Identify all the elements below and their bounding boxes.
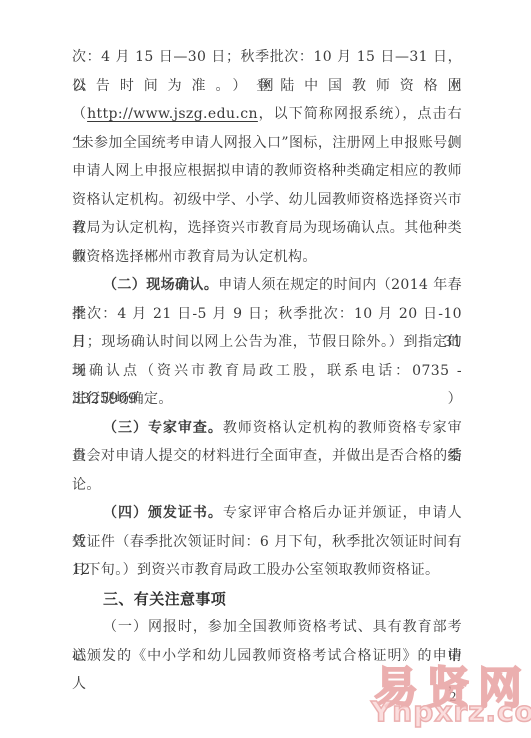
document-body: 次：4 月 15 日—30 日；秋季批次：10 月 15 日—31 日，以网上公… bbox=[72, 43, 462, 670]
section-heading: 三、有关注意事项 bbox=[72, 585, 462, 614]
document-line: （四）颁发证书。专家评审合格后办证并颁证，申请人凭有 bbox=[72, 499, 462, 528]
document-line: 公告时间为准。）登陆中国教师资格网 bbox=[72, 72, 462, 101]
text-segment: （ bbox=[72, 106, 87, 122]
text-segment: 进行现场确定。 bbox=[72, 391, 173, 407]
document-line: （一）网报时，参加全国教师资格考试、具有教育部考试中 bbox=[72, 613, 462, 642]
document-line: 论。 bbox=[72, 471, 462, 500]
text-segment: 月下旬。）到资兴市教育局政工股办公室领取教师资格证。 bbox=[72, 562, 439, 578]
document-line: 师资格选择郴州市教育局为认定机构。 bbox=[72, 243, 462, 272]
text-segment: “未参加全国统考申请人网报入口”图标，注册网上申报账号。 bbox=[72, 135, 462, 151]
text-segment: 申请人网上申报应根据拟申请的教师资格种类确定相应的教师 bbox=[72, 163, 462, 179]
document-line: 次：4 月 15 日—30 日；秋季批次：10 月 15 日—31 日，以网上 bbox=[72, 43, 462, 72]
document-line: 月下旬。）到资兴市教育局政工股办公室领取教师资格证。 bbox=[72, 556, 462, 585]
text-segment: 心颁发的《中小学和幼儿园教师资格考试合格证明》的申请人， bbox=[72, 648, 462, 693]
text-segment: 员会对申请人提交的材料进行全面审查，并做出是否合格的结 bbox=[72, 448, 462, 464]
text-segment: 公告时间为准。）登陆中国教师资格网 bbox=[72, 78, 462, 94]
document-line: 心颁发的《中小学和幼儿园教师资格考试合格证明》的申请人， bbox=[72, 642, 462, 671]
document-line: 申请人网上申报应根据拟申请的教师资格种类确定相应的教师 bbox=[72, 157, 462, 186]
document-page: 次：4 月 15 日—30 日；秋季批次：10 月 15 日—31 日，以网上公… bbox=[0, 0, 531, 738]
document-line: 育局为认定机构，选择资兴市教育局为现场确认点。其他种类教 bbox=[72, 214, 462, 243]
document-link[interactable]: http://www.jszg.edu.cn bbox=[87, 106, 258, 122]
document-line: “未参加全国统考申请人网报入口”图标，注册网上申报账号。 bbox=[72, 129, 462, 158]
text-segment: 论。 bbox=[72, 477, 101, 493]
text-segment: （二）现场确认。 bbox=[103, 277, 218, 293]
document-line: （http://www.jszg.edu.cn，以下简称网报系统），点击右上侧 bbox=[72, 100, 462, 129]
document-line: 员会对申请人提交的材料进行全面审查，并做出是否合格的结 bbox=[72, 442, 462, 471]
document-line: （二）现场确认。申请人须在规定的时间内（2014 年春季 bbox=[72, 271, 462, 300]
document-line: 效证件（春季批次领证时间：6 月下旬，秋季批次领证时间：12 bbox=[72, 528, 462, 557]
document-line: 批次：4 月 21 日-5 月 9 日；秋季批次：10 月 20 日-10 月 … bbox=[72, 300, 462, 329]
document-line: （三）专家审查。教师资格认定机构的教师资格专家审查委 bbox=[72, 414, 462, 443]
text-segment: 三、有关注意事项 bbox=[103, 590, 226, 608]
text-segment: 师资格选择郴州市教育局为认定机构。 bbox=[72, 249, 317, 265]
document-line: 场确认点（资兴市教育局政工股，联系电话：0735 - 3325909） bbox=[72, 357, 462, 386]
document-line: 资格认定机构。初级中学、小学、幼儿园教师资格选择资兴市教 bbox=[72, 186, 462, 215]
page-number: 2 bbox=[449, 690, 457, 704]
text-segment: （三）专家审查。 bbox=[103, 420, 223, 436]
text-segment: （四）颁发证书。 bbox=[103, 505, 223, 521]
document-line: 日；现场确认时间以网上公告为准，节假日除外。）到指定的现 bbox=[72, 328, 462, 357]
